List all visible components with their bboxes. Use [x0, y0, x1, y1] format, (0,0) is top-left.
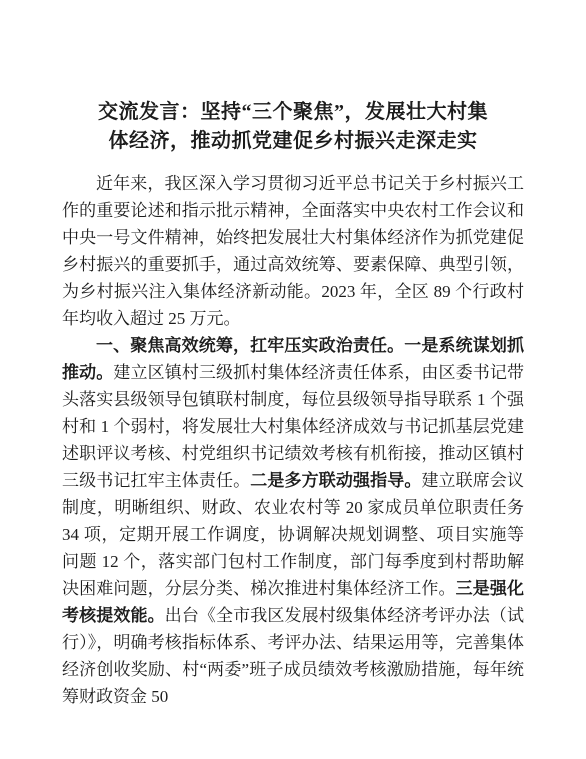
document-title-line: 交流发言：坚持“三个聚焦”，发展壮大村集	[62, 98, 524, 127]
document-title-line: 体经济，推动抓党建促乡村振兴走深走实	[62, 127, 524, 156]
paragraph: 近年来，我区深入学习贯彻习近平总书记关于乡村振兴工作的重要论述和指示批示精神，全…	[62, 170, 524, 332]
paragraph: 一、聚焦高效统筹，扛牢压实政治责任。一是系统谋划抓推动。建立区镇村三级抓村集体经…	[62, 332, 524, 710]
emphasis-text: 二是多方联动强指导。	[250, 471, 421, 490]
body-text: 近年来，我区深入学习贯彻习近平总书记关于乡村振兴工作的重要论述和指示批示精神，全…	[62, 174, 524, 328]
document-page: 交流发言：坚持“三个聚焦”，发展壮大村集体经济，推动抓党建促乡村振兴走深走实 近…	[0, 0, 586, 759]
document-body: 近年来，我区深入学习贯彻习近平总书记关于乡村振兴工作的重要论述和指示批示精神，全…	[62, 170, 524, 710]
document-title: 交流发言：坚持“三个聚焦”，发展壮大村集体经济，推动抓党建促乡村振兴走深走实	[62, 98, 524, 156]
